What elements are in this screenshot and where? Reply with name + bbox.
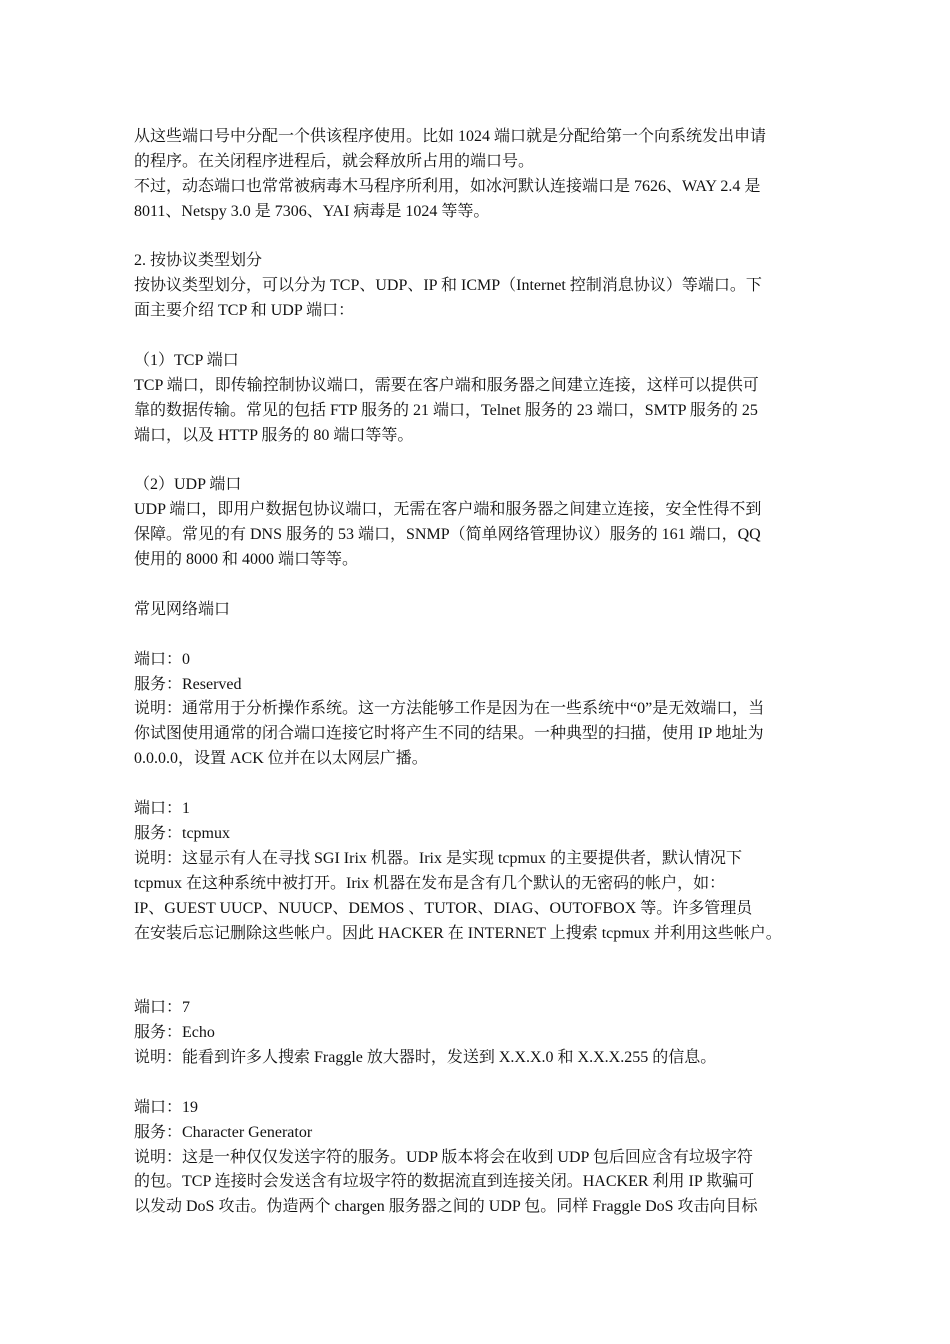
text-line: 使用的 8000 和 4000 端口等等。 bbox=[134, 548, 814, 573]
section-heading: 2. 按协议类型划分 bbox=[134, 249, 814, 274]
text-line: UDP 端口，即用户数据包协议端口，无需在客户端和服务器之间建立连接，安全性得不… bbox=[134, 498, 814, 523]
port-description: 说明：能看到许多人搜索 Fraggle 放大器时，发送到 X.X.X.0 和 X… bbox=[134, 1046, 814, 1071]
port-description: 你试图使用通常的闭合端口连接它时将产生不同的结果。一种典型的扫描，使用 IP 地… bbox=[134, 722, 814, 747]
port-service: 服务：Reserved bbox=[134, 673, 814, 698]
spacer bbox=[134, 324, 814, 349]
text-line: TCP 端口，即传输控制协议端口，需要在客户端和服务器之间建立连接，这样可以提供… bbox=[134, 374, 814, 399]
port-description: 的包。TCP 连接时会发送含有垃圾字符的数据流直到连接关闭。HACKER 利用 … bbox=[134, 1170, 814, 1195]
section-udp-ports: （2）UDP 端口 UDP 端口，即用户数据包协议端口，无需在客户端和服务器之间… bbox=[134, 473, 814, 573]
text-line: 靠的数据传输。常见的包括 FTP 服务的 21 端口，Telnet 服务的 23… bbox=[134, 399, 814, 424]
port-description: IP、GUEST UUCP、NUUCP、DEMOS 、TUTOR、DIAG、OU… bbox=[134, 897, 814, 922]
subsection-heading: （2）UDP 端口 bbox=[134, 473, 814, 498]
common-ports-heading: 常见网络端口 bbox=[134, 598, 814, 623]
spacer bbox=[134, 772, 814, 797]
port-service: 服务：Echo bbox=[134, 1021, 814, 1046]
document-page: 从这些端口号中分配一个供该程序使用。比如 1024 端口就是分配给第一个向系统发… bbox=[134, 125, 814, 1220]
port-entry-0: 端口：0 服务：Reserved 说明：通常用于分析操作系统。这一方法能够工作是… bbox=[134, 648, 814, 772]
port-description: 0.0.0.0，设置 ACK 位并在以太网层广播。 bbox=[134, 747, 814, 772]
port-service: 服务：Character Generator bbox=[134, 1121, 814, 1146]
subsection-heading: （1）TCP 端口 bbox=[134, 349, 814, 374]
text-line: 面主要介绍 TCP 和 UDP 端口： bbox=[134, 299, 814, 324]
port-entry-19: 端口：19 服务：Character Generator 说明：这是一种仅仅发送… bbox=[134, 1096, 814, 1220]
spacer bbox=[134, 449, 814, 474]
port-description: 以发动 DoS 攻击。伪造两个 chargen 服务器之间的 UDP 包。同样 … bbox=[134, 1195, 814, 1220]
port-number: 端口：0 bbox=[134, 648, 814, 673]
text-line: 8011、Netspy 3.0 是 7306、YAI 病毒是 1024 等等。 bbox=[134, 200, 814, 225]
port-service: 服务：tcpmux bbox=[134, 822, 814, 847]
port-description: 在安装后忘记删除这些帐户。因此 HACKER 在 INTERNET 上搜索 tc… bbox=[134, 922, 814, 947]
text-line: 不过，动态端口也常常被病毒木马程序所利用，如冰河默认连接端口是 7626、WAY… bbox=[134, 175, 814, 200]
intro-paragraph: 从这些端口号中分配一个供该程序使用。比如 1024 端口就是分配给第一个向系统发… bbox=[134, 125, 814, 225]
section-tcp-ports: （1）TCP 端口 TCP 端口，即传输控制协议端口，需要在客户端和服务器之间建… bbox=[134, 349, 814, 449]
text-line: 的程序。在关闭程序进程后，就会释放所占用的端口号。 bbox=[134, 150, 814, 175]
spacer bbox=[134, 623, 814, 648]
port-description: 说明：这显示有人在寻找 SGI Irix 机器。Irix 是实现 tcpmux … bbox=[134, 847, 814, 872]
spacer bbox=[134, 225, 814, 250]
port-number: 端口：7 bbox=[134, 996, 814, 1021]
port-description: 说明：通常用于分析操作系统。这一方法能够工作是因为在一些系统中“0”是无效端口，… bbox=[134, 697, 814, 722]
text-line: 按协议类型划分，可以分为 TCP、UDP、IP 和 ICMP（Internet … bbox=[134, 274, 814, 299]
port-description: 说明：这是一种仅仅发送字符的服务。UDP 版本将会在收到 UDP 包后回应含有垃… bbox=[134, 1146, 814, 1171]
spacer bbox=[134, 946, 814, 971]
port-number: 端口：19 bbox=[134, 1096, 814, 1121]
port-description: tcpmux 在这种系统中被打开。Irix 机器在发布是含有几个默认的无密码的帐… bbox=[134, 872, 814, 897]
port-entry-1: 端口：1 服务：tcpmux 说明：这显示有人在寻找 SGI Irix 机器。I… bbox=[134, 797, 814, 946]
text-line: 端口，以及 HTTP 服务的 80 端口等等。 bbox=[134, 424, 814, 449]
spacer bbox=[134, 1071, 814, 1096]
port-number: 端口：1 bbox=[134, 797, 814, 822]
text-line: 从这些端口号中分配一个供该程序使用。比如 1024 端口就是分配给第一个向系统发… bbox=[134, 125, 814, 150]
section-protocol-type: 2. 按协议类型划分 按协议类型划分，可以分为 TCP、UDP、IP 和 ICM… bbox=[134, 249, 814, 324]
spacer bbox=[134, 573, 814, 598]
spacer bbox=[134, 971, 814, 996]
port-entry-7: 端口：7 服务：Echo 说明：能看到许多人搜索 Fraggle 放大器时，发送… bbox=[134, 996, 814, 1071]
text-line: 保障。常见的有 DNS 服务的 53 端口，SNMP（简单网络管理协议）服务的 … bbox=[134, 523, 814, 548]
